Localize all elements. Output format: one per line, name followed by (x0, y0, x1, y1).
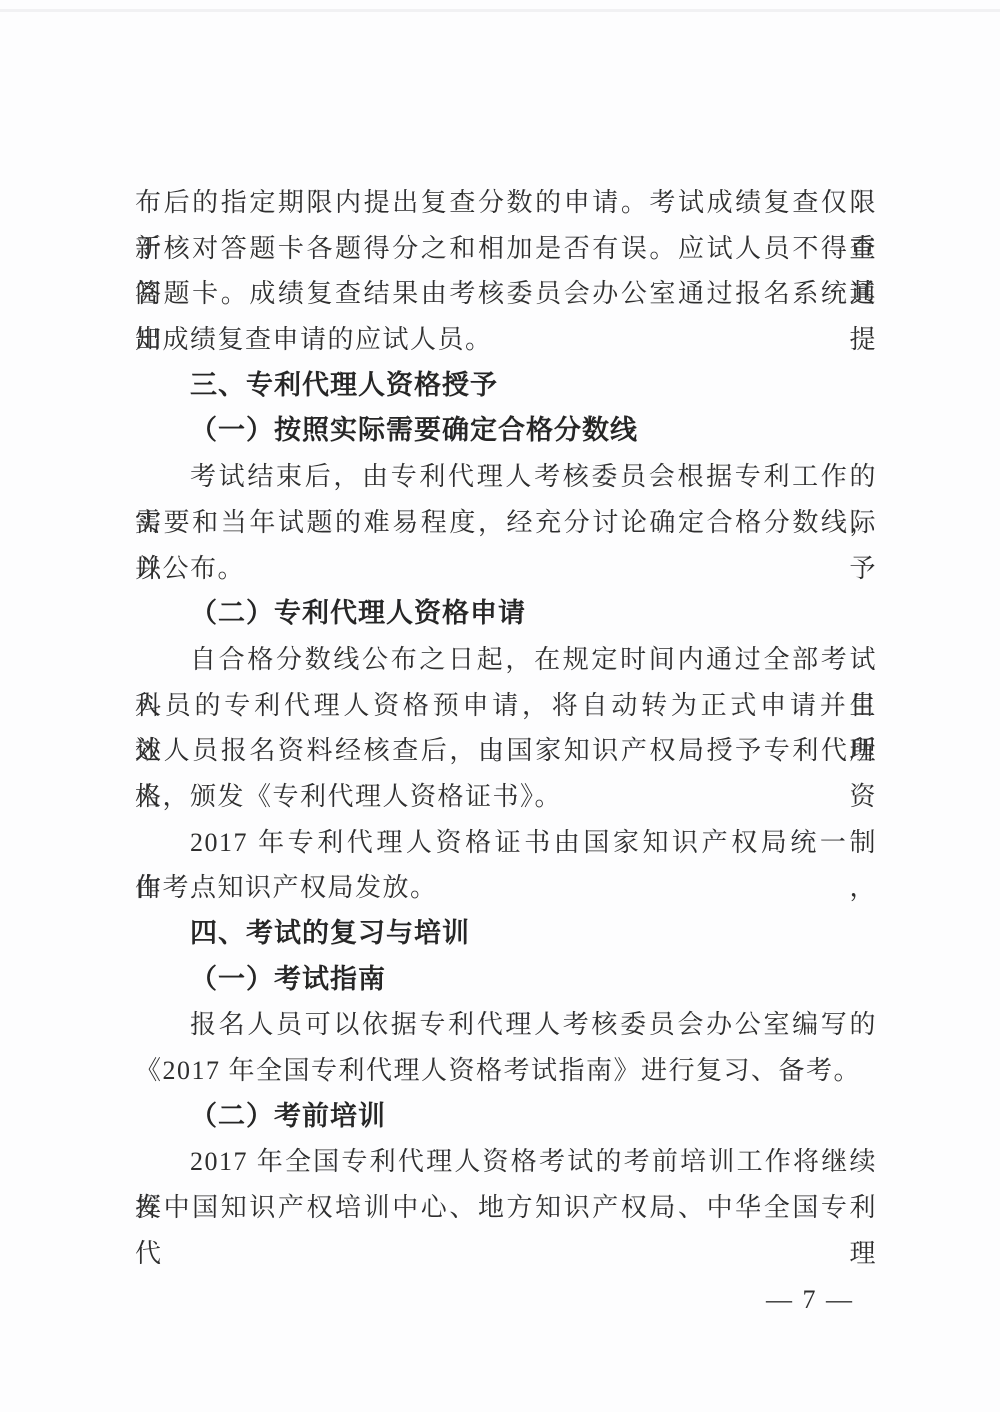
text-line: 自合格分数线公布之日起，在规定时间内通过全部考试科目 (135, 637, 877, 683)
text-line: 新核对答题卡各题得分之和相加是否有误。应试人员不得查阅其 (135, 226, 877, 272)
heading-line: 三、专利代理人资格授予 (135, 363, 877, 409)
text-line: 2017 年专利代理人资格证书由国家知识产权局统一制作， (135, 820, 877, 866)
heading-line: 四、考试的复习与培训 (135, 911, 877, 957)
text-line: 报名人员可以依据专利代理人考核委员会办公室编写的 (135, 1002, 877, 1048)
document-body: 布后的指定期限内提出复查分数的申请。考试成绩复查仅限于重新核对答题卡各题得分之和… (135, 180, 877, 1231)
heading-line: （二）考前培训 (135, 1094, 877, 1140)
text-line: 答题卡。成绩复查结果由考核委员会办公室通过报名系统通知提 (135, 271, 877, 317)
text-line: 挥中国知识产权培训中心、地方知识产权局、中华全国专利代理 (135, 1185, 877, 1231)
text-line: 述人员报名资料经核查后，由国家知识产权局授予专利代理人资 (135, 728, 877, 774)
heading-line: （一）考试指南 (135, 957, 877, 1003)
text-line: 布后的指定期限内提出复查分数的申请。考试成绩复查仅限于重 (135, 180, 877, 226)
heading-line: （一）按照实际需要确定合格分数线 (135, 408, 877, 454)
text-line: 需要和当年试题的难易程度，经充分讨论确定合格分数线，并予 (135, 500, 877, 546)
text-line: 《2017 年全国专利代理人资格考试指南》进行复习、备考。 (135, 1048, 877, 1094)
document-page: 布后的指定期限内提出复查分数的申请。考试成绩复查仅限于重新核对答题卡各题得分之和… (0, 0, 1000, 1412)
text-line: 人员的专利代理人资格预申请，将自动转为正式申请并生效。所 (135, 683, 877, 729)
page-number: — 7 — (766, 1285, 854, 1315)
heading-line: （二）专利代理人资格申请 (135, 591, 877, 637)
text-line: 考试结束后，由专利代理人考核委员会根据专利工作的实际 (135, 454, 877, 500)
scan-edge-artifact (0, 9, 1000, 12)
text-line: 2017 年全国专利代理人资格考试的考前培训工作将继续发 (135, 1139, 877, 1185)
